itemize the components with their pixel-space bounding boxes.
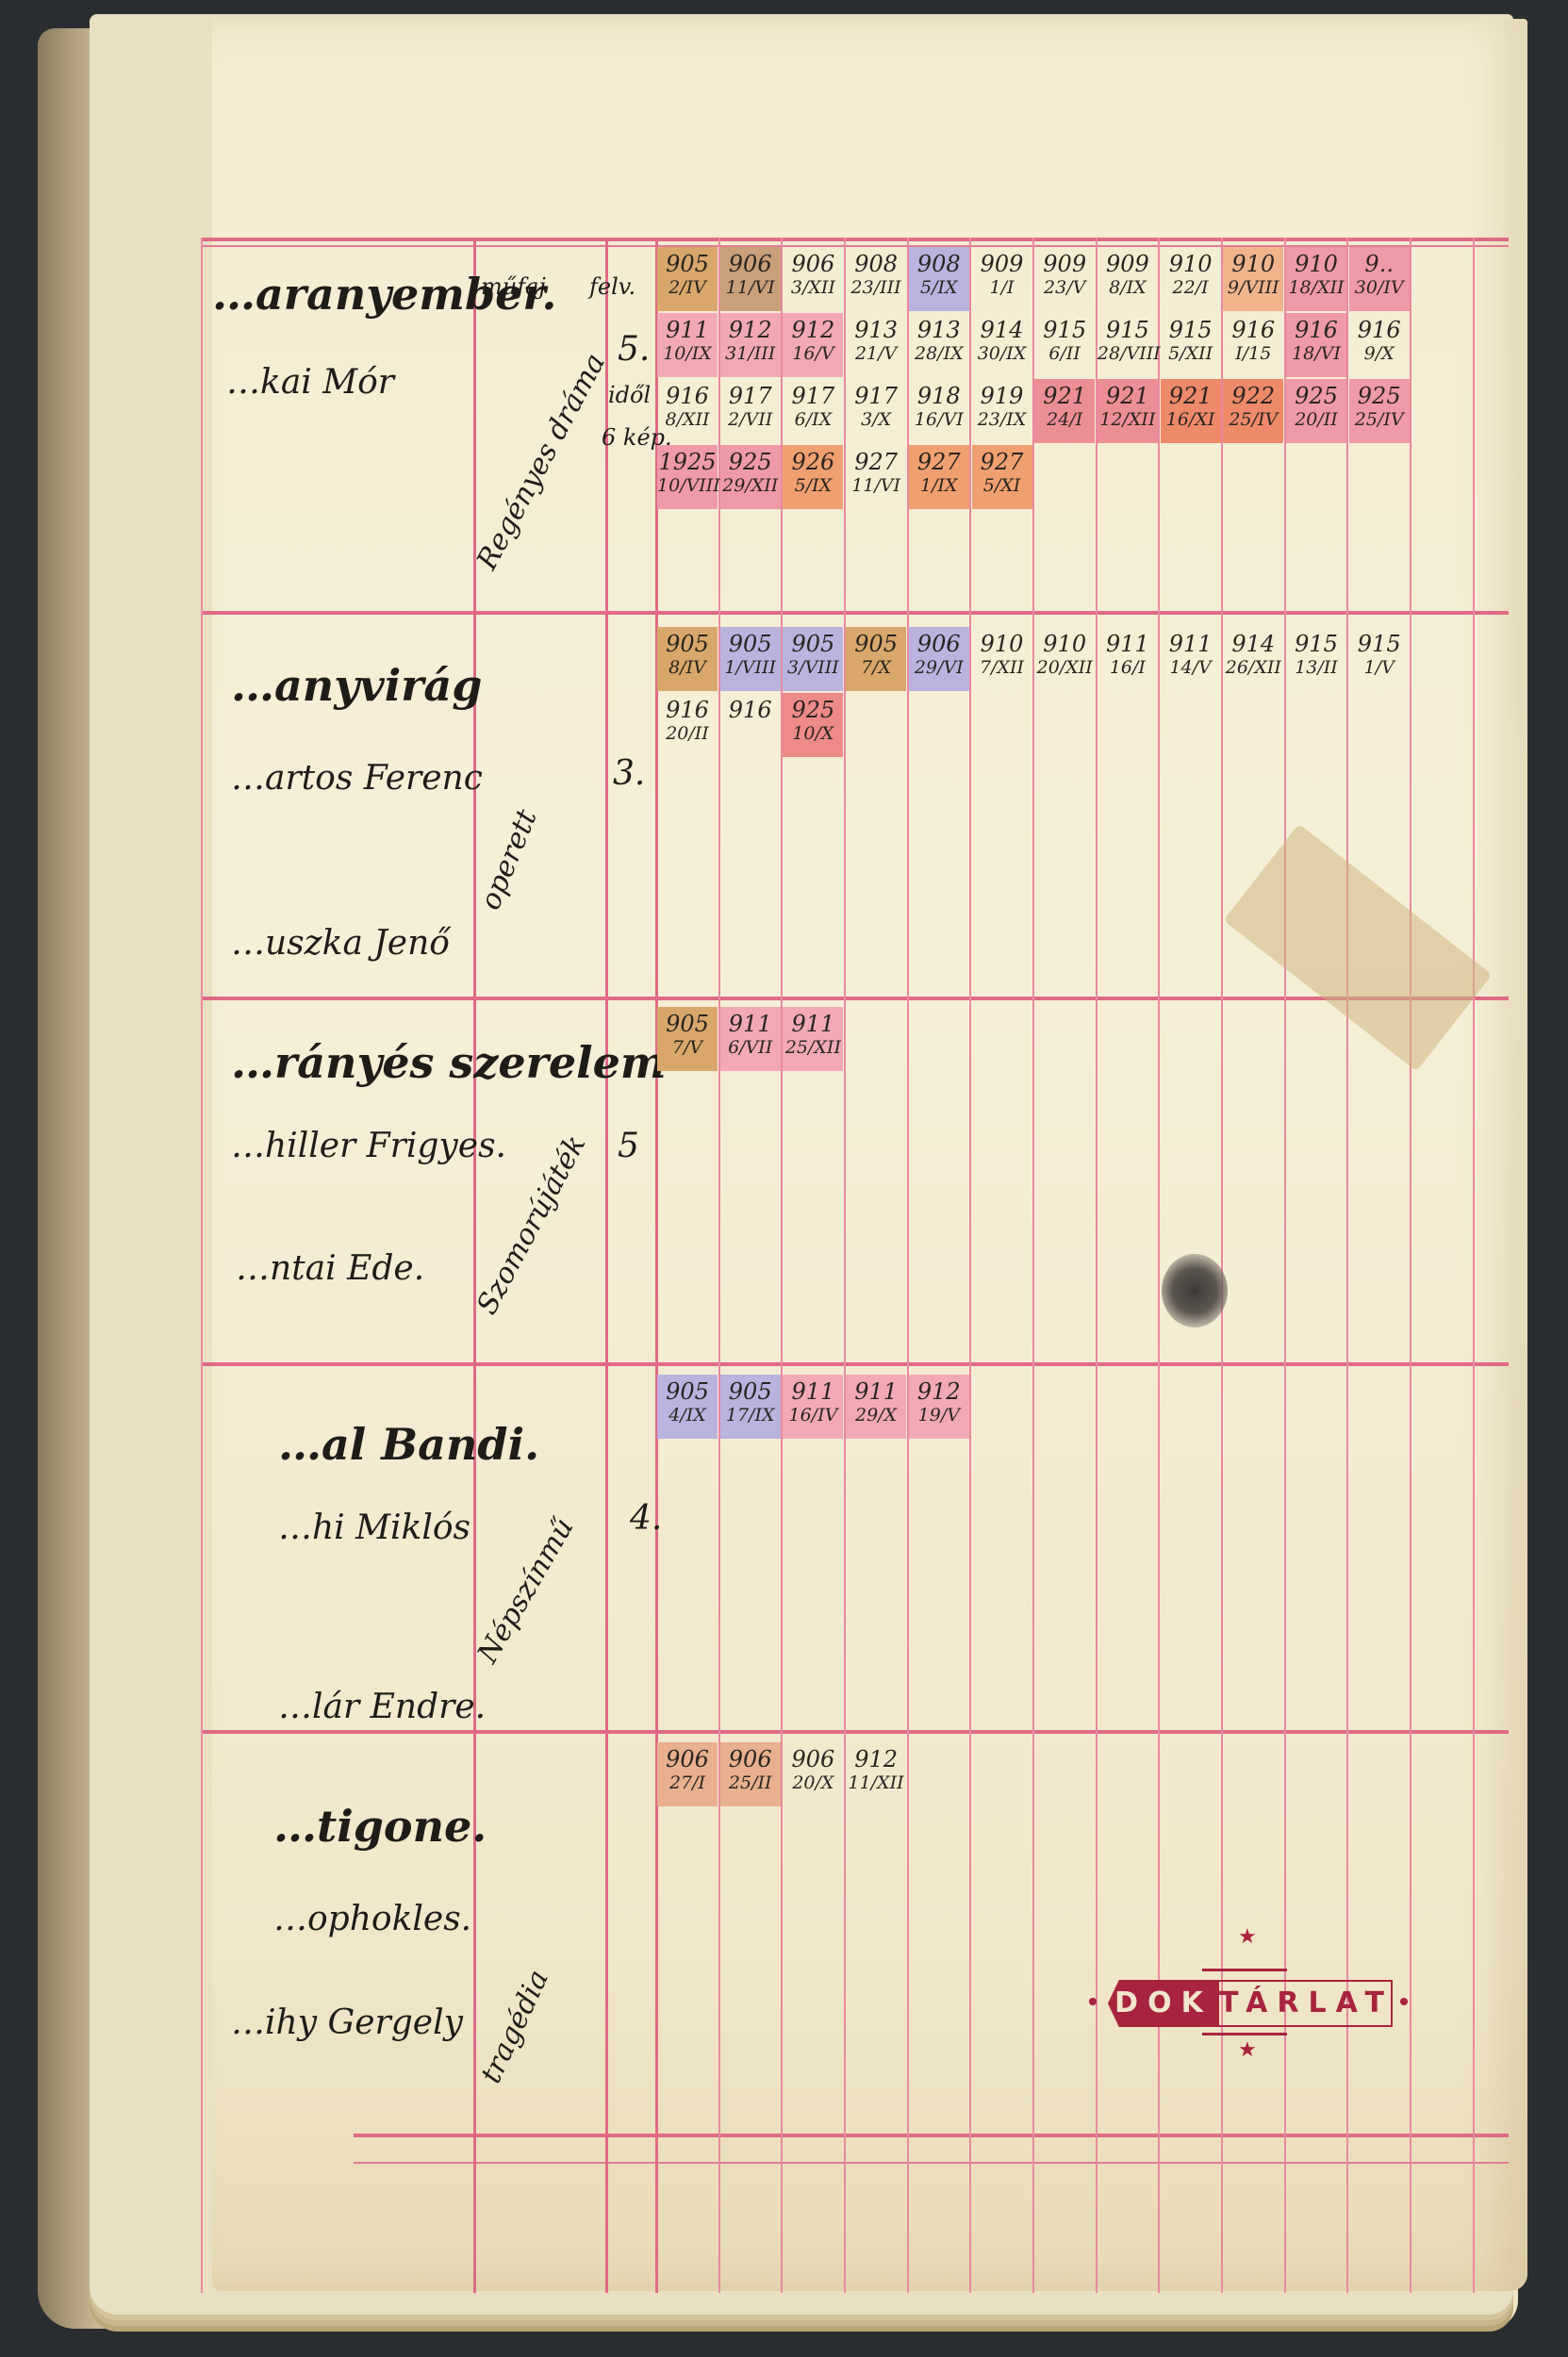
performance-date: 29/XII <box>720 477 781 495</box>
performance-date-cell: 90823/III <box>846 247 906 311</box>
date-column-rule <box>969 238 971 2293</box>
performance-date-cell: 9098/IX <box>1098 247 1158 311</box>
performance-date: 8/XII <box>657 411 718 429</box>
performance-date-cell: 192510/VIII <box>657 445 718 509</box>
performance-year: 906 <box>720 253 781 275</box>
performance-date: 1/V <box>1349 659 1410 677</box>
genre-column-rule <box>605 238 608 2293</box>
performance-year: 910 <box>1286 253 1346 275</box>
performance-date: 3/XII <box>783 279 843 297</box>
performance-date: 9/VIII <box>1223 279 1283 297</box>
performance-year: 911 <box>783 1380 843 1403</box>
entry-acts: 4. <box>630 1499 662 1538</box>
entry-author: …hi Miklós <box>278 1508 470 1547</box>
performance-date-cell: 9169/X <box>1349 313 1410 377</box>
performance-date: 16/IV <box>783 1407 843 1425</box>
performance-date: 6/IX <box>783 411 843 429</box>
performance-year: 906 <box>657 1748 718 1771</box>
performance-date-cell: 90611/VI <box>720 247 781 311</box>
entry-acts-note: idől <box>608 382 651 408</box>
performance-date: 3/X <box>846 411 906 429</box>
performance-year: 927 <box>972 451 1032 473</box>
performance-year: 908 <box>846 253 906 275</box>
entry-title: …anyvirág <box>231 660 482 711</box>
performance-date: 17/IX <box>720 1407 781 1425</box>
performance-date-cell: 9051/VIII <box>720 627 781 691</box>
performance-year: 913 <box>846 319 906 341</box>
performance-date-cell: 92124/I <box>1034 379 1095 443</box>
entry-composer: …lár Endre. <box>278 1688 486 1726</box>
performance-date: 28/IX <box>909 345 969 363</box>
performance-date-cell: 9265/IX <box>783 445 843 509</box>
performance-date-cell: 9058/IV <box>657 627 718 691</box>
performance-date-cell: 9063/XII <box>783 247 843 311</box>
star-icon: ★ <box>1238 1925 1257 1949</box>
performance-year: 915 <box>1286 633 1346 655</box>
performance-year: 906 <box>783 253 843 275</box>
performance-date: 24/I <box>1034 411 1095 429</box>
entry-author: …artos Ferenc <box>231 759 483 798</box>
performance-date: 5/XII <box>1161 345 1221 363</box>
performance-date: 11/XII <box>846 1774 906 1792</box>
performance-year: 921 <box>1161 385 1221 407</box>
performance-year: 918 <box>909 385 969 407</box>
performance-date: 7/V <box>657 1039 718 1057</box>
performance-date: 7/XII <box>972 659 1032 677</box>
performance-date: 20/II <box>657 725 718 743</box>
performance-year: 916 <box>1286 319 1346 341</box>
performance-year: 1925 <box>657 451 718 473</box>
acts-column-rule <box>655 238 658 2293</box>
performance-date: 23/III <box>846 279 906 297</box>
section-rule-5 <box>354 2134 1509 2137</box>
performance-year: 917 <box>720 385 781 407</box>
performance-year: 910 <box>1161 253 1221 275</box>
performance-year: 926 <box>783 451 843 473</box>
performance-year: 911 <box>783 1013 843 1035</box>
performance-year: 915 <box>1349 633 1410 655</box>
entry-title: …tigone. <box>273 1801 487 1852</box>
performance-date-cell: 91620/II <box>657 693 718 757</box>
performance-date: 25/IV <box>1349 411 1410 429</box>
performance-date: 10/IX <box>657 345 718 363</box>
performance-year: 905 <box>783 633 843 655</box>
performance-year: 906 <box>783 1748 843 1771</box>
entry-author: …hiller Frigyes. <box>231 1127 506 1165</box>
performance-date: 13/II <box>1286 659 1346 677</box>
performance-year: 915 <box>1034 319 1095 341</box>
date-column-rule <box>907 238 909 2293</box>
performance-year: 916 <box>657 385 718 407</box>
performance-date-cell: 91211/XII <box>846 1742 906 1806</box>
performance-year: 905 <box>846 633 906 655</box>
performance-date: 2/IV <box>657 279 718 297</box>
performance-date-cell: 9085/IX <box>909 247 969 311</box>
performance-date-cell: 91219/V <box>909 1375 969 1439</box>
performance-date: 16/XI <box>1161 411 1221 429</box>
performance-year: 916 <box>1349 319 1410 341</box>
header-genre: műfaj <box>481 273 546 300</box>
section-rule-4 <box>203 1730 1509 1734</box>
doktarlat-watermark: ★ DOK TÁRLAT <box>1089 1931 1410 2035</box>
performance-year: 916 <box>720 699 781 721</box>
performance-date: 1/VIII <box>720 659 781 677</box>
performance-date-cell: 9109/VIII <box>1223 247 1283 311</box>
performance-date: 20/X <box>783 1774 843 1792</box>
performance-year: 912 <box>846 1748 906 1771</box>
performance-year: 909 <box>1098 253 1158 275</box>
performance-date: 16/VI <box>909 411 969 429</box>
entry-author: …kai Mór <box>226 363 394 402</box>
performance-year: 921 <box>1034 385 1095 407</box>
dot-icon <box>1400 1998 1408 2005</box>
performance-year: 910 <box>1223 253 1283 275</box>
performance-date: 30/IV <box>1349 279 1410 297</box>
performance-date-cell: 9176/IX <box>783 379 843 443</box>
performance-date: 29/X <box>846 1407 906 1425</box>
performance-date-cell: 9054/IX <box>657 1375 718 1439</box>
performance-year: 925 <box>783 699 843 721</box>
performance-date: 28/VIII <box>1098 345 1158 363</box>
performance-year: 914 <box>972 319 1032 341</box>
performance-date: 9/X <box>1349 345 1410 363</box>
performance-year: 911 <box>1098 633 1158 655</box>
performance-year: 906 <box>909 633 969 655</box>
performance-year: 927 <box>909 451 969 473</box>
performance-date: 29/VI <box>909 659 969 677</box>
performance-year: 917 <box>783 385 843 407</box>
performance-date-cell: 9271/IX <box>909 445 969 509</box>
performance-date-cell: 9091/I <box>972 247 1032 311</box>
performance-year: 906 <box>720 1748 781 1771</box>
logo-dok: DOK <box>1108 1980 1219 2027</box>
performance-year: 925 <box>720 451 781 473</box>
performance-year: 913 <box>909 319 969 341</box>
performance-date: 1/I <box>972 279 1032 297</box>
performance-date: 18/VI <box>1286 345 1346 363</box>
entry-translator: …ihy Gergely <box>231 2003 463 2042</box>
performance-year: 914 <box>1223 633 1283 655</box>
performance-date-cell: 9057/X <box>846 627 906 691</box>
entry-composer: …uszka Jenő <box>231 924 450 963</box>
date-column-rule <box>844 238 846 2293</box>
performance-year: 905 <box>657 253 718 275</box>
title-column-rule <box>473 238 476 2293</box>
performance-date: 20/XII <box>1034 659 1095 677</box>
performance-date: 2/VII <box>720 411 781 429</box>
section-rule-6 <box>354 2162 1509 2164</box>
performance-date-cell: 9052/IV <box>657 247 718 311</box>
performance-year: 905 <box>720 1380 781 1403</box>
performance-date-cell: 91018/XII <box>1286 247 1346 311</box>
performance-date-cell: 90620/X <box>783 1742 843 1806</box>
margin-rule <box>201 238 203 2293</box>
performance-date-cell: 91129/X <box>846 1375 906 1439</box>
performance-date: 8/IX <box>1098 279 1158 297</box>
entry-title: …rányés szerelem <box>231 1037 667 1088</box>
performance-date: 23/IX <box>972 411 1032 429</box>
performance-year: 921 <box>1098 385 1158 407</box>
performance-date-cell: 91430/IX <box>972 313 1032 377</box>
entry-acts: 3. <box>613 754 645 793</box>
performance-date-cell: 91528/VIII <box>1098 313 1158 377</box>
date-column-rule <box>1473 238 1475 2293</box>
performance-date-cell: 91816/VI <box>909 379 969 443</box>
performance-date-cell: 916 <box>720 693 781 757</box>
performance-date: 16/V <box>783 345 843 363</box>
performance-date-cell: 9151/V <box>1349 627 1410 691</box>
performance-date: 25/II <box>720 1774 781 1792</box>
performance-date-cell: 9155/XII <box>1161 313 1221 377</box>
performance-date: 10/X <box>783 725 843 743</box>
performance-year: 917 <box>846 385 906 407</box>
logo-rule <box>1202 1969 1287 1971</box>
performance-year: 905 <box>657 1013 718 1035</box>
performance-date: 5/IX <box>909 279 969 297</box>
performance-year: 912 <box>909 1380 969 1403</box>
performance-year: 908 <box>909 253 969 275</box>
performance-date: 23/V <box>1034 279 1095 297</box>
performance-year: 910 <box>1034 633 1095 655</box>
performance-date: 22/I <box>1161 279 1221 297</box>
performance-date: 8/IV <box>657 659 718 677</box>
entry-acts: 5 <box>618 1127 639 1165</box>
performance-year: 9.. <box>1349 253 1410 275</box>
logo-banner: DOK TÁRLAT <box>1108 1980 1391 2027</box>
performance-year: 911 <box>657 319 718 341</box>
performance-date: 6/II <box>1034 345 1095 363</box>
performance-date-cell: 91216/V <box>783 313 843 377</box>
performance-date: 31/III <box>720 345 781 363</box>
performance-date-cell: 91513/II <box>1286 627 1346 691</box>
performance-date-cell: 91618/VI <box>1286 313 1346 377</box>
performance-year: 909 <box>1034 253 1095 275</box>
performance-year: 912 <box>783 319 843 341</box>
performance-date-cell: 92529/XII <box>720 445 781 509</box>
performance-date: 26/XII <box>1223 659 1283 677</box>
performance-date: 6/VII <box>720 1039 781 1057</box>
performance-date-cell: 91231/III <box>720 313 781 377</box>
date-column-rule <box>781 238 783 2293</box>
performance-date-cell: 91125/XII <box>783 1007 843 1071</box>
performance-year: 909 <box>972 253 1032 275</box>
entry-acts: 5. <box>618 330 650 369</box>
performance-date: 21/V <box>846 345 906 363</box>
performance-date: 11/VI <box>846 477 906 495</box>
performance-date-cell: 9172/VII <box>720 379 781 443</box>
performance-year: 916 <box>1223 319 1283 341</box>
performance-year: 910 <box>972 633 1032 655</box>
date-column-rule <box>1032 238 1034 2293</box>
performance-date: 27/I <box>657 1774 718 1792</box>
performance-date: 20/II <box>1286 411 1346 429</box>
performance-year: 925 <box>1349 385 1410 407</box>
performance-date-cell: 91116/I <box>1098 627 1158 691</box>
performance-date-cell: 92225/IV <box>1223 379 1283 443</box>
performance-date: 30/IX <box>972 345 1032 363</box>
performance-year: 905 <box>657 1380 718 1403</box>
performance-date-cell: 92525/IV <box>1349 379 1410 443</box>
performance-date-cell: 92112/XII <box>1098 379 1158 443</box>
performance-date-cell: 90627/I <box>657 1742 718 1806</box>
performance-date-cell: 9275/XI <box>972 445 1032 509</box>
performance-date-cell: 9116/VII <box>720 1007 781 1071</box>
performance-date: 7/X <box>846 659 906 677</box>
performance-year: 916 <box>657 699 718 721</box>
performance-year: 915 <box>1161 319 1221 341</box>
performance-date: 5/XI <box>972 477 1032 495</box>
performance-date-cell: 92116/XI <box>1161 379 1221 443</box>
performance-date: 10/VIII <box>657 477 718 495</box>
section-rule-3 <box>203 1362 1509 1366</box>
section-rule-1 <box>203 611 1509 615</box>
performance-date-cell: 91321/V <box>846 313 906 377</box>
performance-date-cell: 9156/II <box>1034 313 1095 377</box>
performance-date-cell: 91114/V <box>1161 627 1221 691</box>
performance-year: 925 <box>1286 385 1346 407</box>
performance-year: 927 <box>846 451 906 473</box>
dot-icon <box>1089 1998 1097 2005</box>
logo-rule <box>1202 2033 1287 2036</box>
star-icon: ★ <box>1238 2038 1257 2062</box>
header-rule <box>203 238 1509 241</box>
performance-year: 915 <box>1098 319 1158 341</box>
performance-date-cell: 90517/IX <box>720 1375 781 1439</box>
performance-year: 922 <box>1223 385 1283 407</box>
performance-date: I/15 <box>1223 345 1283 363</box>
performance-date: 25/IV <box>1223 411 1283 429</box>
performance-date-cell: 9..30/IV <box>1349 247 1410 311</box>
header-acts: felv. <box>589 273 635 300</box>
performance-date-cell: 916I/15 <box>1223 313 1283 377</box>
performance-date: 3/VIII <box>783 659 843 677</box>
performance-year: 911 <box>846 1380 906 1403</box>
performance-date: 5/IX <box>783 477 843 495</box>
performance-date-cell: 9107/XII <box>972 627 1032 691</box>
performance-date-cell: 92711/VI <box>846 445 906 509</box>
performance-date-cell: 9173/X <box>846 379 906 443</box>
performance-date-cell: 91426/XII <box>1223 627 1283 691</box>
performance-date-cell: 91116/IV <box>783 1375 843 1439</box>
performance-year: 911 <box>720 1013 781 1035</box>
performance-date-cell: 9168/XII <box>657 379 718 443</box>
performance-date-cell: 90625/II <box>720 1742 781 1806</box>
performance-date-cell: 91110/IX <box>657 313 718 377</box>
performance-date: 14/V <box>1161 659 1221 677</box>
performance-year: 911 <box>1161 633 1221 655</box>
performance-date: 16/I <box>1098 659 1158 677</box>
date-column-rule <box>718 238 720 2293</box>
performance-date-cell: 91020/XII <box>1034 627 1095 691</box>
section-rule-2 <box>203 997 1509 1000</box>
performance-date-cell: 92520/II <box>1286 379 1346 443</box>
entry-author: …ophokles. <box>273 1900 471 1938</box>
performance-date-cell: 90629/VI <box>909 627 969 691</box>
performance-date: 25/XII <box>783 1039 843 1057</box>
performance-date: 1/IX <box>909 477 969 495</box>
performance-date-cell: 91022/I <box>1161 247 1221 311</box>
logo-tarlat: TÁRLAT <box>1219 1980 1393 2027</box>
ink-stain <box>1162 1254 1228 1327</box>
performance-date-cell: 91328/IX <box>909 313 969 377</box>
entry-translator: …ntai Ede. <box>236 1249 424 1288</box>
performance-date-cell: 92510/X <box>783 693 843 757</box>
performance-year: 905 <box>720 633 781 655</box>
performance-date: 19/V <box>909 1407 969 1425</box>
performance-date: 11/VI <box>720 279 781 297</box>
performance-date: 4/IX <box>657 1407 718 1425</box>
performance-date: 18/XII <box>1286 279 1346 297</box>
performance-date-cell: 90923/V <box>1034 247 1095 311</box>
performance-year: 919 <box>972 385 1032 407</box>
date-column-rule <box>1410 238 1411 2293</box>
performance-date-cell: 9057/V <box>657 1007 718 1071</box>
entry-title: …al Bandi. <box>278 1419 539 1470</box>
performance-date: 12/XII <box>1098 411 1158 429</box>
performance-date-cell: 9053/VIII <box>783 627 843 691</box>
performance-date-cell: 91923/IX <box>972 379 1032 443</box>
performance-year: 905 <box>657 633 718 655</box>
performance-year: 912 <box>720 319 781 341</box>
